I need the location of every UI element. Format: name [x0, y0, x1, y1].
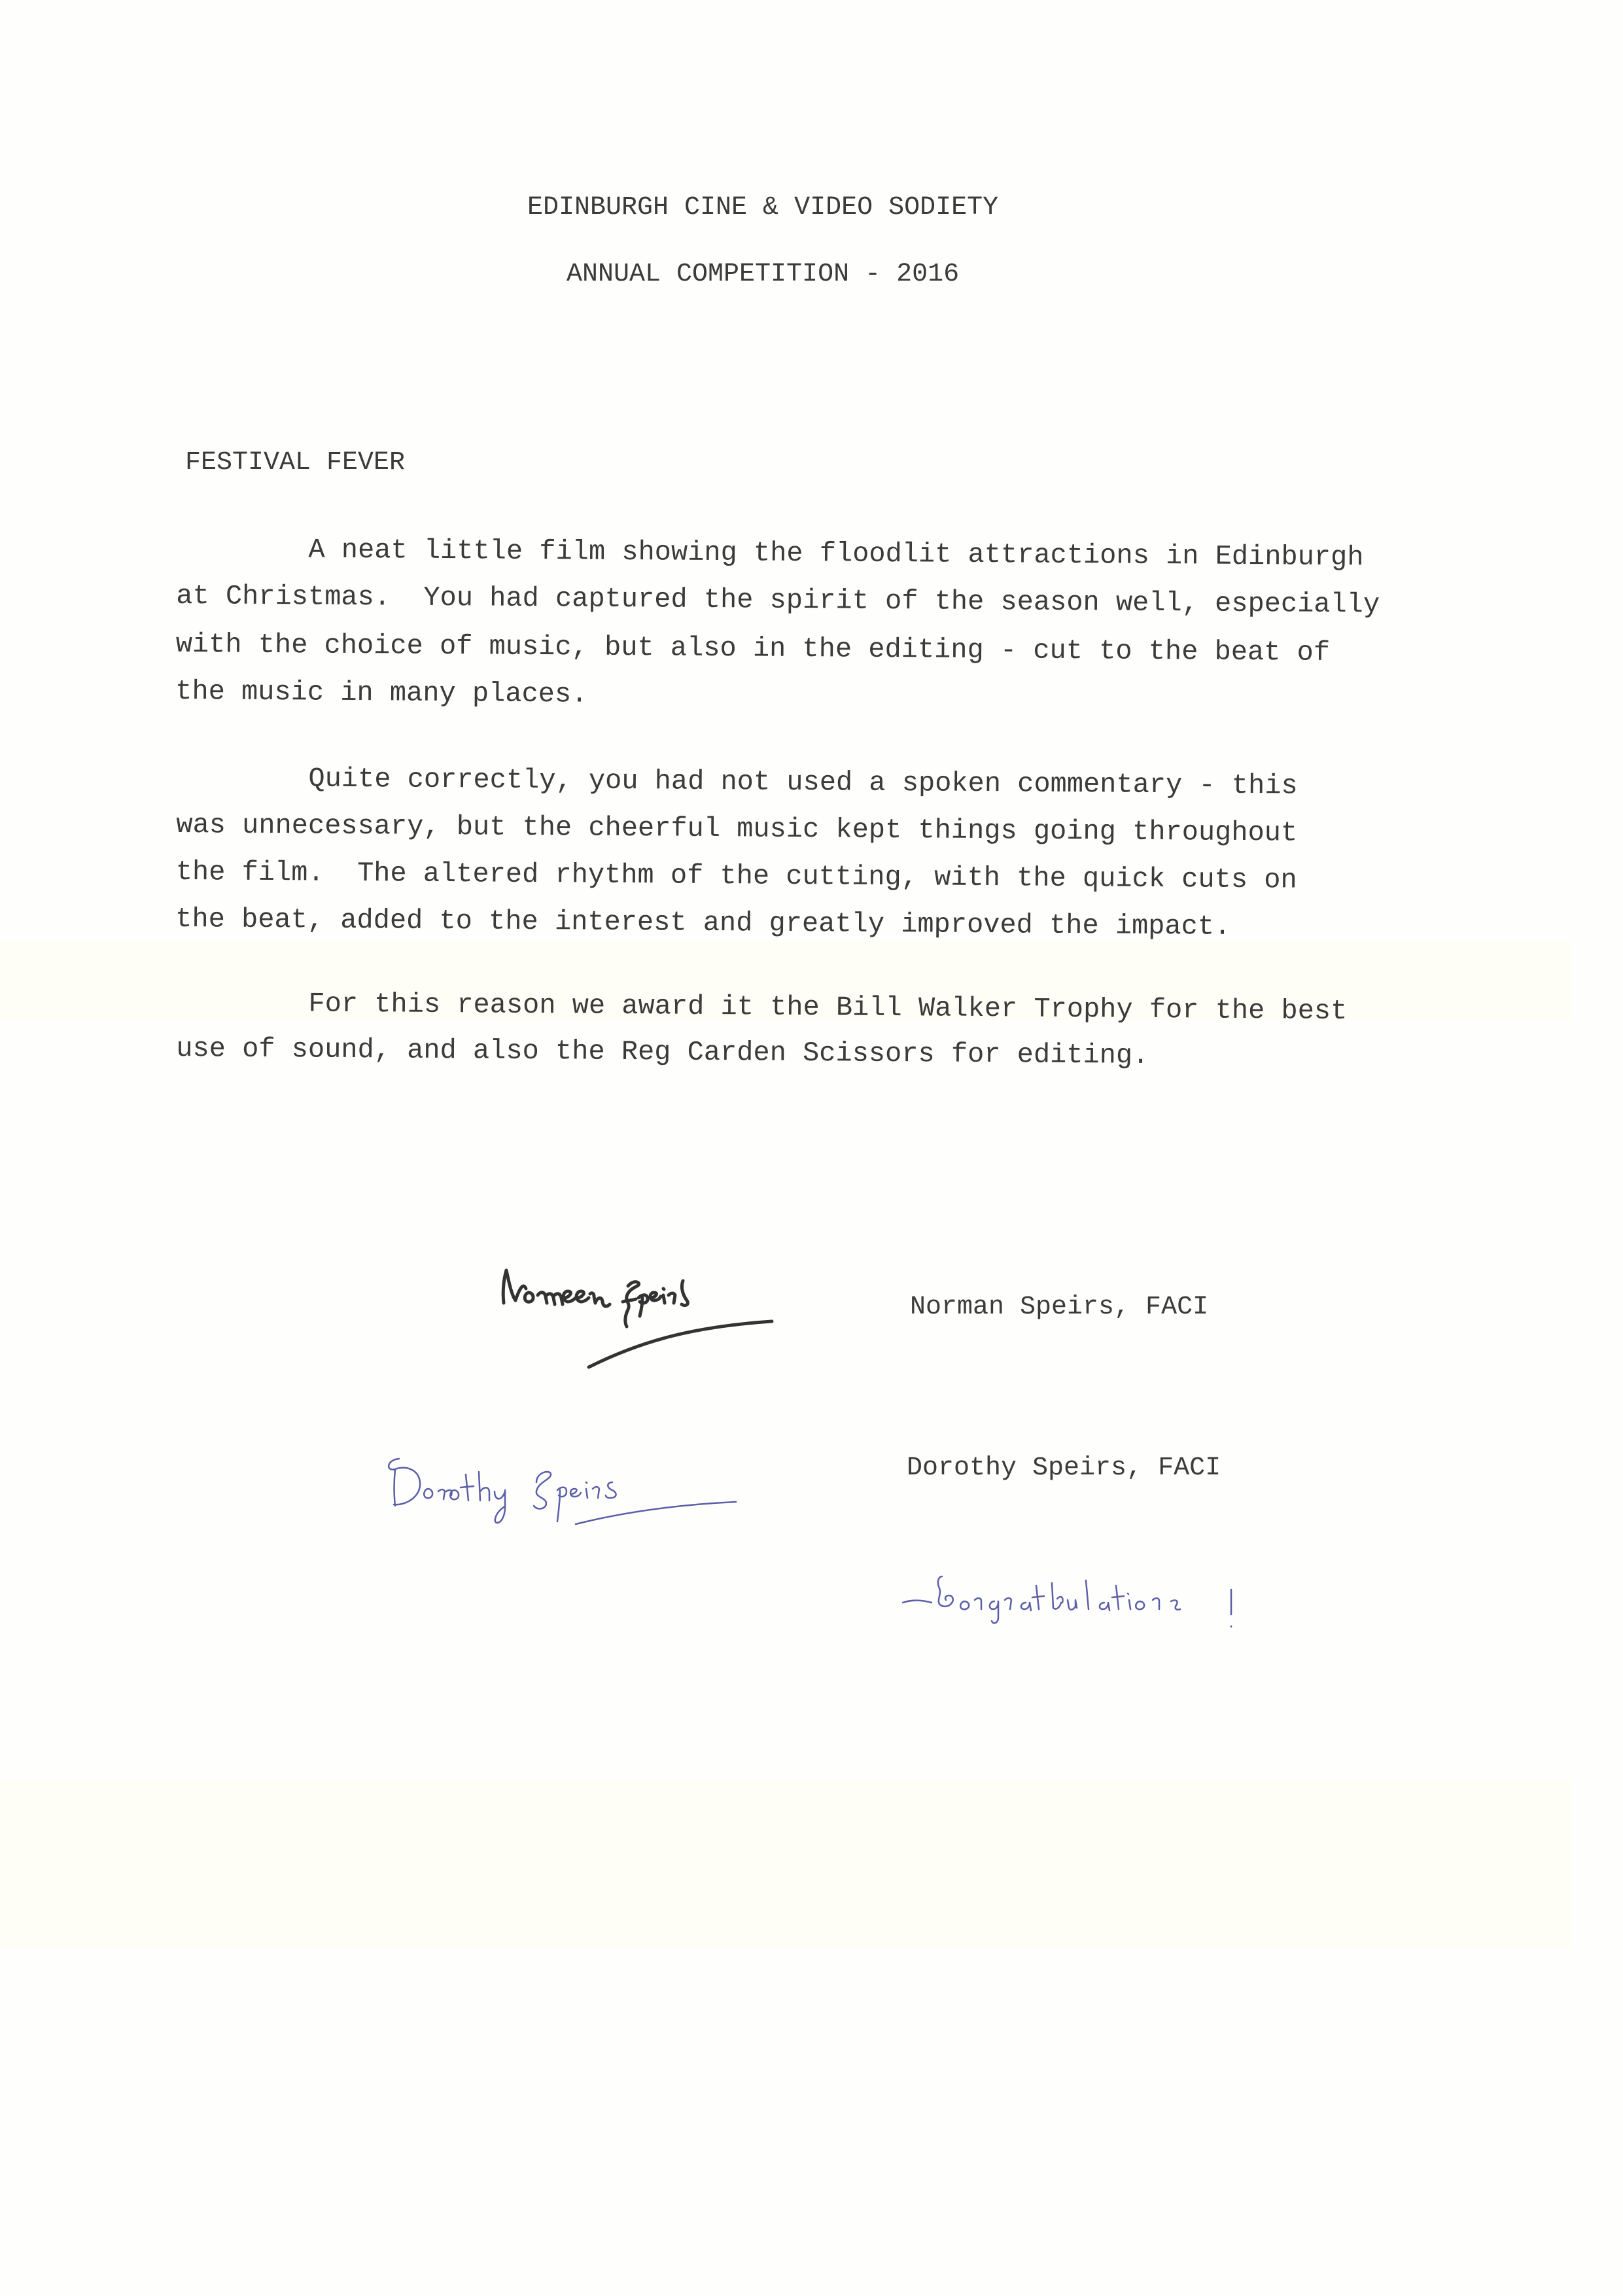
paragraph-line: with the choice of music, but also in th… — [176, 631, 1331, 667]
handwritten-congratulations-icon — [896, 1563, 1406, 1648]
dorothy-signature — [379, 1446, 824, 1550]
event-heading: ANNUAL COMPETITION - 2016 — [567, 262, 959, 288]
film-title: FESTIVAL FEVER — [185, 449, 405, 477]
document-page: EDINBURGH CINE & VIDEO SODIETY ANNUAL CO… — [0, 0, 1623, 2296]
signature-dorothy-icon — [379, 1446, 824, 1550]
norman-signature — [497, 1262, 837, 1380]
paragraph-line: at Christmas. You had captured the spiri… — [176, 582, 1380, 618]
paragraph-line: the music in many places. — [175, 678, 587, 708]
paragraph-line: use of sound, and also the Reg Carden Sc… — [176, 1035, 1149, 1070]
scan-tint-band — [0, 1779, 1570, 1949]
norman-typed-name: Norman Speirs, FACI — [910, 1294, 1208, 1321]
paragraph-line: Quite correctly, you had not used a spok… — [177, 764, 1298, 800]
dorothy-typed-name: Dorothy Speirs, FACI — [907, 1455, 1221, 1482]
paragraph-line: For this reason we award it the Bill Wal… — [177, 989, 1348, 1025]
paragraph-line: A neat little film showing the floodlit … — [177, 535, 1364, 571]
congratulations-note — [896, 1563, 1406, 1648]
paragraph-line: the film. The altered rhythm of the cutt… — [176, 858, 1297, 894]
organization-heading: EDINBURGH CINE & VIDEO SODIETY — [527, 195, 998, 221]
paragraph-line: was unnecessary, but the cheerful music … — [176, 811, 1297, 847]
paragraph-line: the beat, added to the interest and grea… — [175, 905, 1230, 941]
signature-norman-icon — [497, 1262, 837, 1380]
